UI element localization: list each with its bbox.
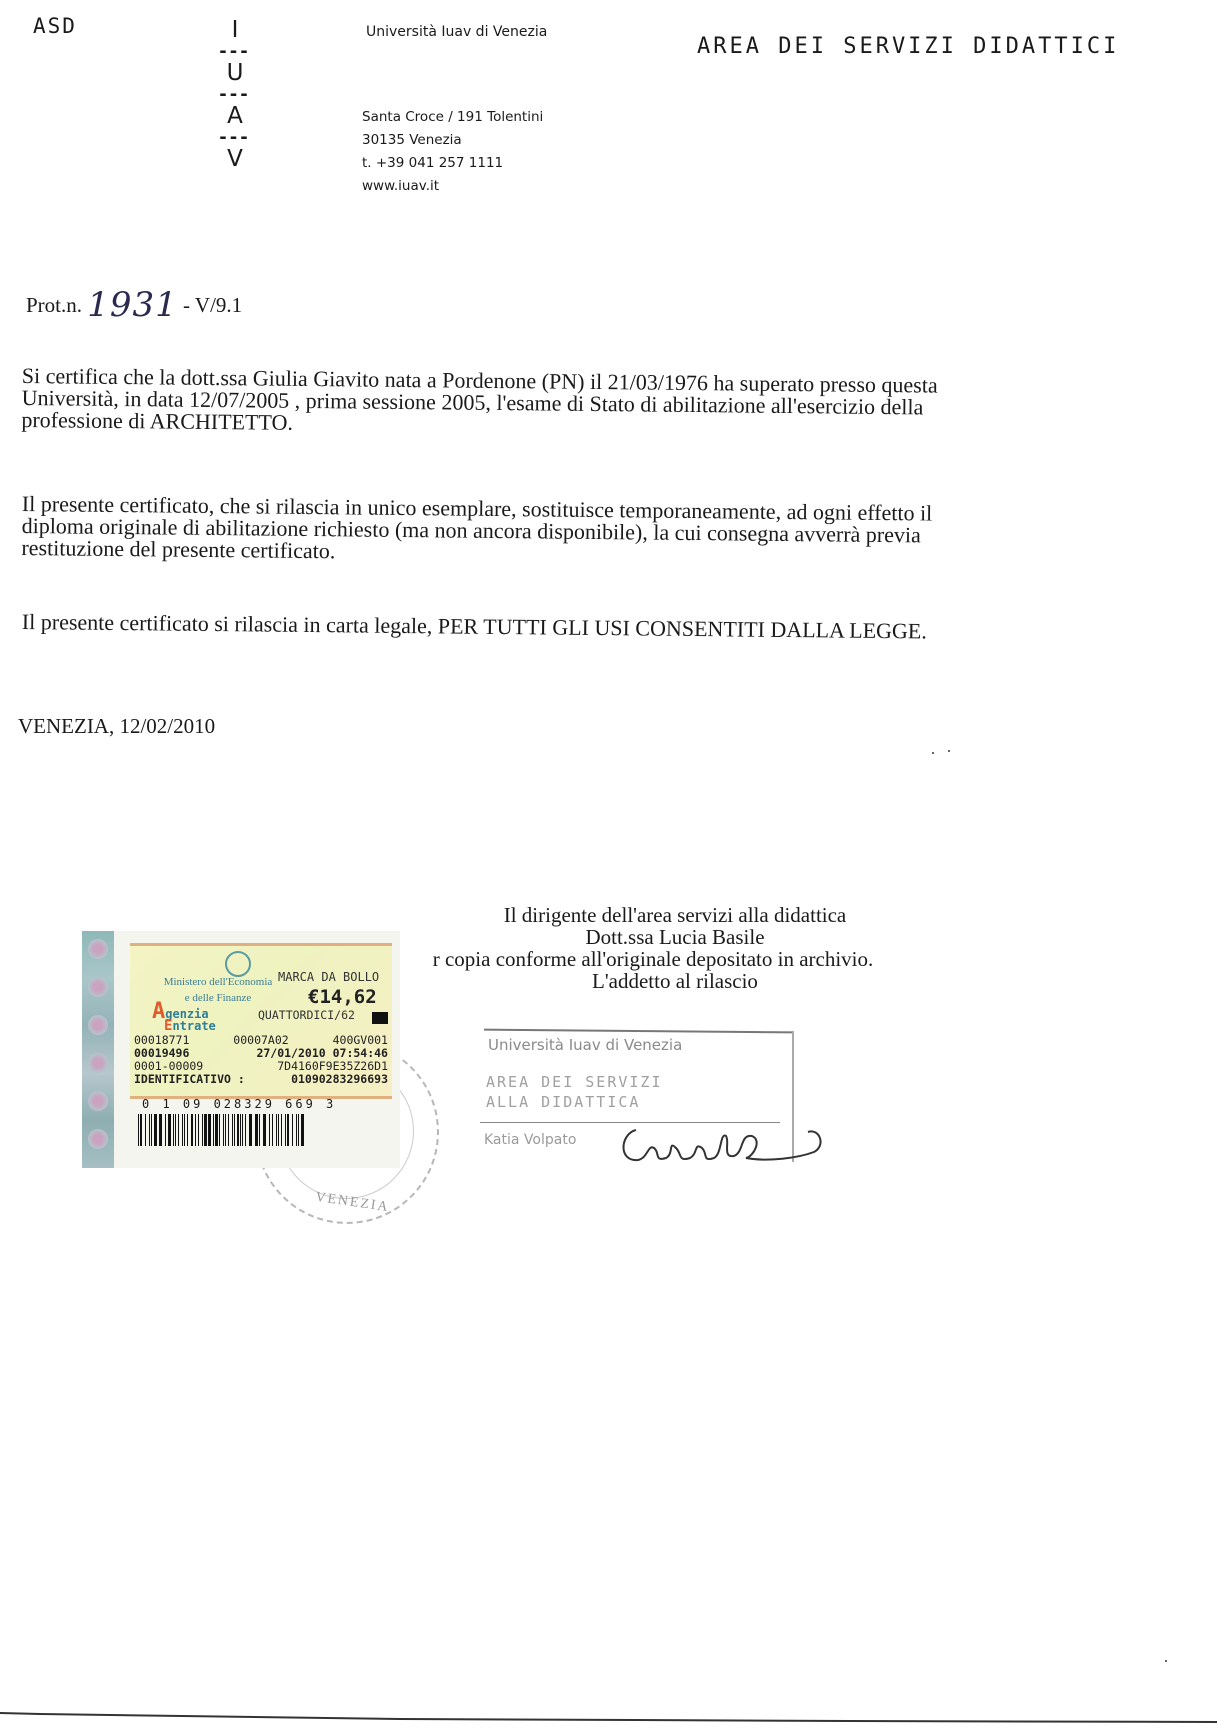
protocol-number: Prot.n. 1931 - V/9.1 bbox=[26, 285, 242, 325]
stamp-face: Ministero dell'Economia e delle Finanze … bbox=[130, 943, 392, 1099]
identifier-label: IDENTIFICATIVO : bbox=[134, 1073, 245, 1086]
protocol-suffix: - V/9.1 bbox=[183, 293, 242, 317]
department-code: ASD bbox=[33, 14, 77, 38]
logo-separator: --- bbox=[207, 129, 263, 147]
rosette-icon bbox=[88, 1129, 108, 1149]
office-stamp-area-line: ALLA DIDATTICA bbox=[486, 1092, 663, 1112]
rosette-icon bbox=[88, 1053, 108, 1073]
barcode-icon bbox=[138, 1114, 306, 1146]
rosette-icon bbox=[88, 977, 108, 997]
stamp-border bbox=[484, 1029, 794, 1034]
address-line: 30135 Venezia bbox=[362, 129, 543, 152]
signatory-name: Dott.ssa Lucia Basile bbox=[405, 926, 945, 948]
certification-paragraph: Si certifica che la dott.ssa Giulia Giav… bbox=[21, 365, 1082, 442]
signatory-title: Il dirigente dell'area servizi alla dida… bbox=[405, 904, 945, 926]
place-date: VENEZIA, 12/02/2010 bbox=[18, 714, 215, 739]
scan-speck bbox=[948, 750, 950, 752]
university-name: Università Iuav di Venezia bbox=[366, 24, 547, 40]
revenue-stamp: Ministero dell'Economia e delle Finanze … bbox=[82, 931, 400, 1168]
office-stamp-area-line: AREA DEI SERVIZI bbox=[486, 1072, 663, 1092]
code-row: IDENTIFICATIVO : 01090283296693 bbox=[134, 1073, 388, 1086]
address-line: Santa Croce / 191 Tolentini bbox=[362, 106, 543, 129]
stamp-holographic-strip bbox=[82, 931, 114, 1168]
logo-letter: I bbox=[207, 18, 263, 43]
stamp-black-mark bbox=[372, 1012, 388, 1024]
rosette-icon bbox=[88, 1091, 108, 1111]
rosette-icon bbox=[88, 1015, 108, 1035]
issuer-label: L'addetto al rilascio bbox=[405, 970, 945, 992]
scan-speck bbox=[1165, 1660, 1167, 1662]
page-edge-line bbox=[0, 1711, 1217, 1723]
handwritten-signature bbox=[618, 1118, 828, 1168]
paragraph-line: Il presente certificato si rilascia in c… bbox=[22, 611, 1082, 644]
identifier-value: 01090283296693 bbox=[291, 1073, 388, 1086]
phone-line: t. +39 041 257 1111 bbox=[362, 152, 543, 175]
logo-separator: --- bbox=[207, 43, 263, 61]
university-address: Santa Croce / 191 Tolentini 30135 Venezi… bbox=[362, 106, 543, 198]
iuav-logo: I --- U --- A --- V bbox=[207, 18, 263, 172]
logo-letter: U bbox=[207, 61, 263, 86]
logo-letter: V bbox=[207, 147, 263, 172]
barcode-number: 0 1 09 028329 669 3 bbox=[142, 1097, 336, 1111]
logo-letter: A bbox=[207, 104, 263, 129]
scan-speck bbox=[932, 752, 934, 754]
stamp-amount-words: QUATTORDICI/62 bbox=[258, 1008, 355, 1022]
office-stamp-area: AREA DEI SERVIZI ALLA DIDATTICA bbox=[486, 1072, 663, 1112]
logo-separator: --- bbox=[207, 86, 263, 104]
stamp-label: MARCA DA BOLLO bbox=[278, 970, 379, 984]
office-stamp-clerk-name: Katia Volpato bbox=[484, 1132, 576, 1148]
ministry-line: Ministero dell'Economia bbox=[138, 974, 298, 990]
stamp-amount: €14,62 bbox=[308, 986, 377, 1008]
agenzia-entrate-logo: Agenzia Entrate bbox=[152, 1006, 216, 1032]
agency-word: ntrate bbox=[172, 1019, 215, 1033]
protocol-prefix: Prot.n. bbox=[26, 293, 82, 317]
conformity-note: r copia conforme all'originale depositat… bbox=[361, 948, 945, 970]
signature-block: Il dirigente dell'area servizi alla dida… bbox=[405, 904, 945, 992]
website-link[interactable]: www.iuav.it bbox=[362, 175, 543, 198]
office-stamp-university: Università Iuav di Venezia bbox=[488, 1036, 682, 1054]
rosette-icon bbox=[88, 939, 108, 959]
stamp-codes: 00018771 00007A02 400GV001 00019496 27/0… bbox=[134, 1034, 388, 1086]
substitution-paragraph: Il presente certificato, che si rilascia… bbox=[21, 493, 1082, 570]
protocol-handwritten-number: 1931 bbox=[87, 285, 178, 325]
area-title: AREA DEI SERVIZI DIDATTICI bbox=[697, 34, 1119, 59]
legal-use-paragraph: Il presente certificato si rilascia in c… bbox=[22, 611, 1082, 644]
